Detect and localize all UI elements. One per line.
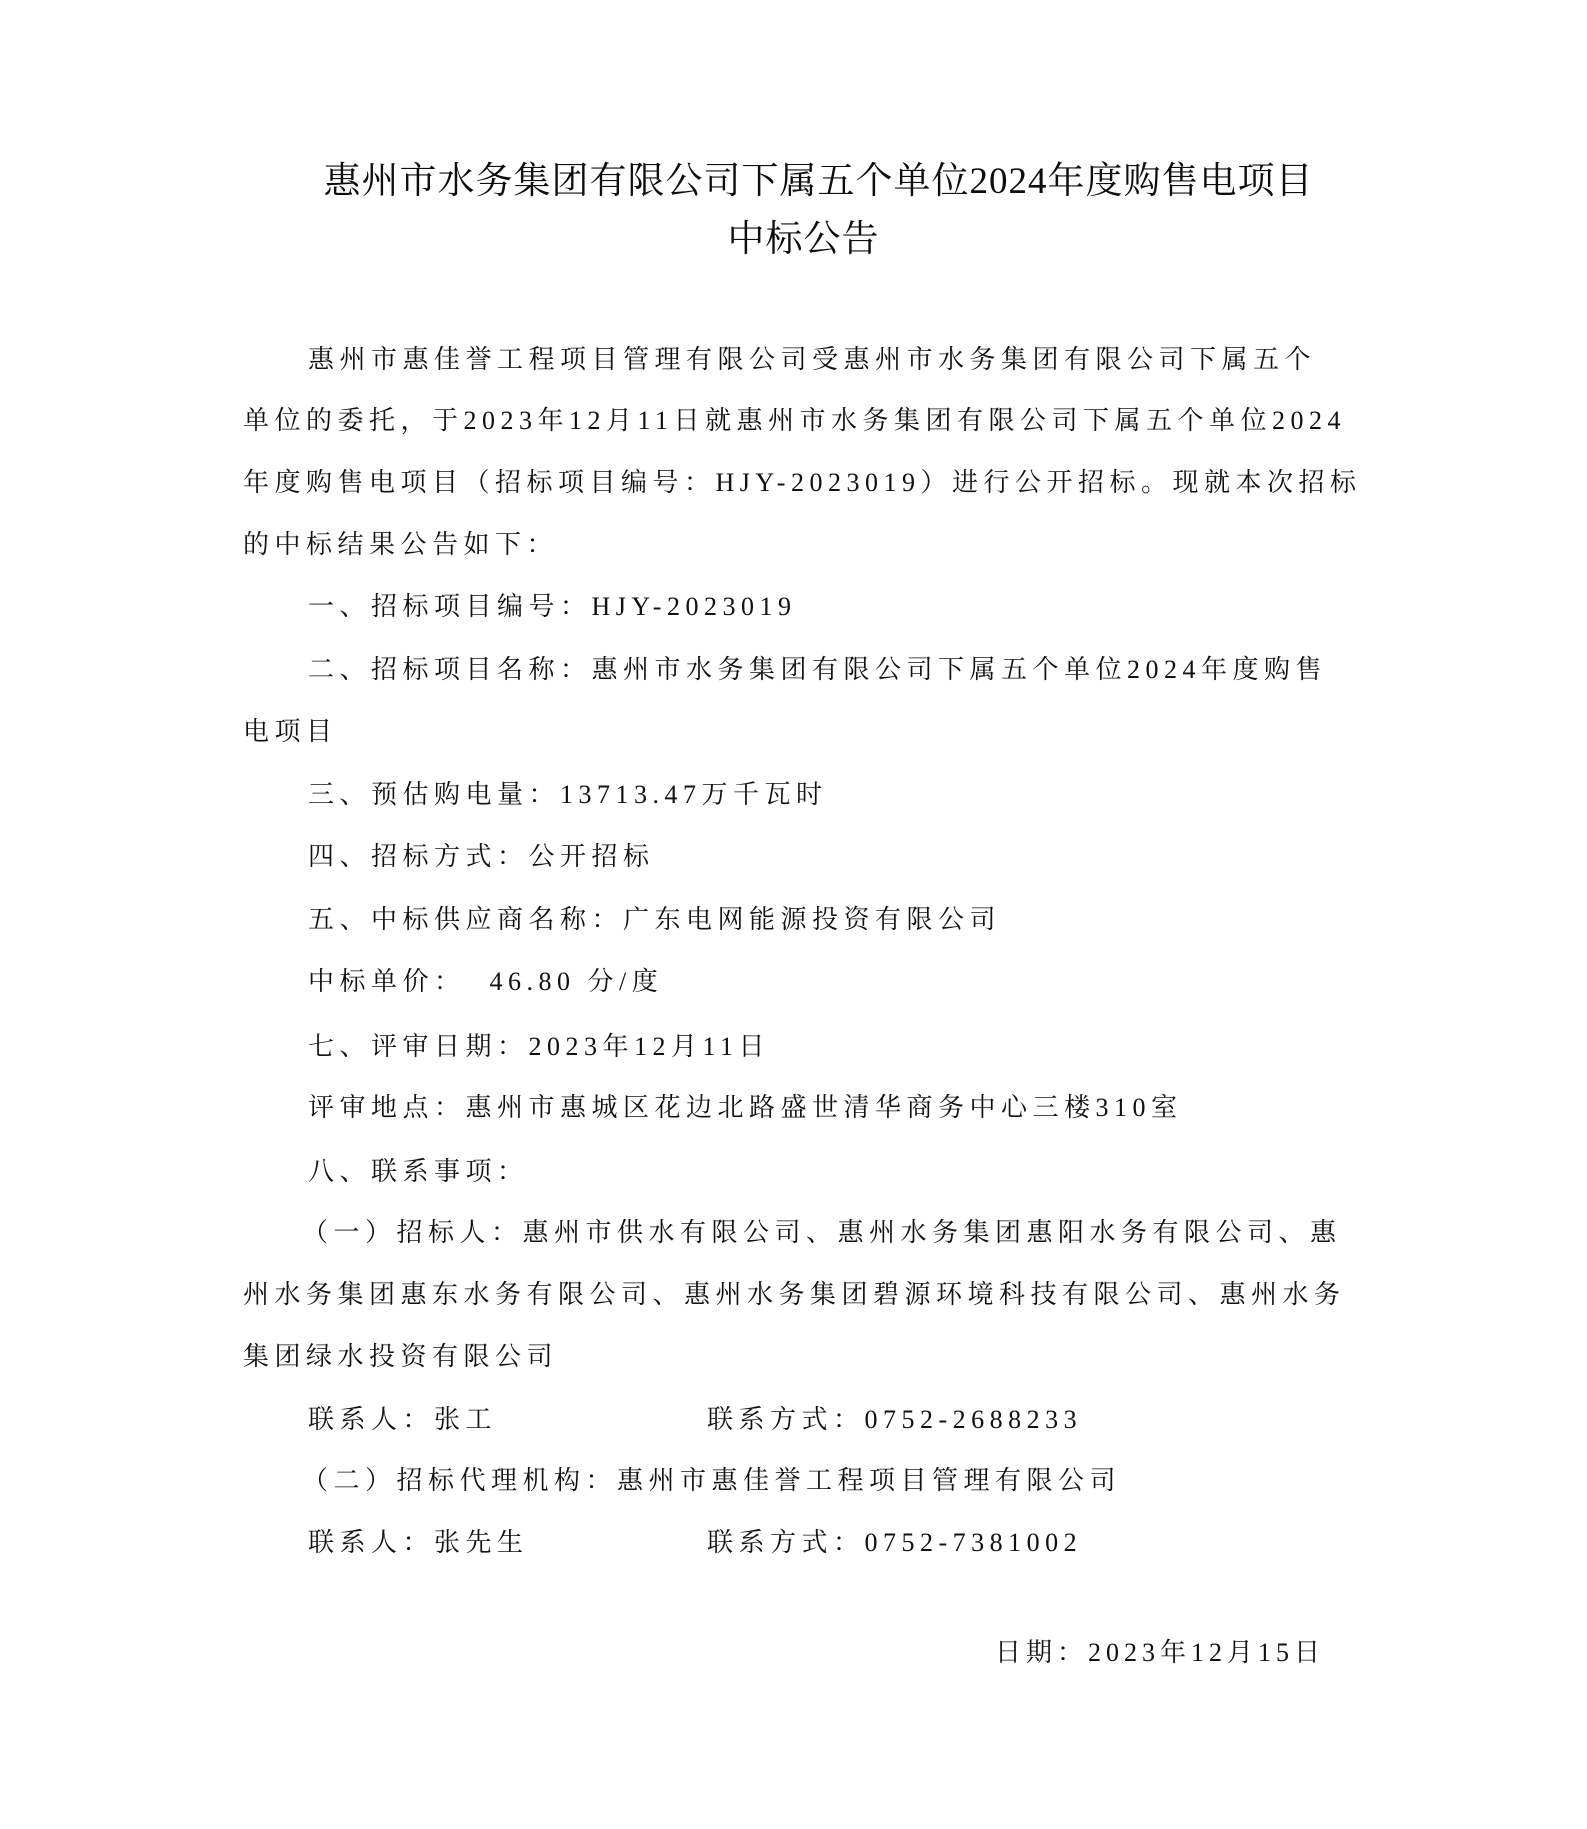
- document-title-line-1: 惠州市水务集团有限公司下属五个单位2024年度购售电项目: [25, 160, 1587, 204]
- announcement-date: 日期：2023年12月15日: [995, 1635, 1325, 1671]
- item-project-number: 一、招标项目编号：HJY-2023019: [308, 589, 796, 625]
- document-page: 惠州市水务集团有限公司下属五个单位2024年度购售电项目 中标公告 惠州市惠佳誉…: [0, 0, 1587, 1829]
- item-review-date: 七、评审日期：2023年12月11日: [308, 1029, 770, 1065]
- tenderer-line-1: （一）招标人：惠州市供水有限公司、惠州水务集团惠阳水务有限公司、惠: [302, 1215, 1342, 1251]
- item-bidding-method: 四、招标方式：公开招标: [308, 839, 655, 875]
- document-title-line-2: 中标公告: [10, 218, 1587, 262]
- intro-paragraph-line-1: 惠州市惠佳誉工程项目管理有限公司受惠州市水务集团有限公司下属五个: [308, 342, 1316, 378]
- agency-line: （二）招标代理机构：惠州市惠佳誉工程项目管理有限公司: [302, 1463, 1121, 1499]
- item-estimated-power: 三、预估购电量：13713.47万千瓦时: [308, 777, 828, 813]
- tenderer-line-3: 集团绿水投资有限公司: [243, 1339, 558, 1375]
- item-winning-supplier: 五、中标供应商名称：广东电网能源投资有限公司: [308, 902, 1001, 938]
- item-review-location: 评审地点：惠州市惠城区花边北路盛世清华商务中心三楼310室: [308, 1090, 1183, 1126]
- agency-contact-person: 联系人：张先生: [308, 1525, 529, 1561]
- item-project-name-line-1: 二、招标项目名称：惠州市水务集团有限公司下属五个单位2024年度购售: [308, 652, 1327, 688]
- agency-contact-phone: 联系方式：0752-7381002: [707, 1525, 1082, 1561]
- tenderer-line-2: 州水务集团惠东水务有限公司、惠州水务集团碧源环境科技有限公司、惠州水务: [243, 1277, 1346, 1313]
- tenderer-contact-phone: 联系方式：0752-2688233: [707, 1402, 1082, 1438]
- item-project-name-line-2: 电项目: [243, 714, 338, 750]
- tenderer-contact-person: 联系人：张工: [308, 1402, 497, 1438]
- item-unit-price: 中标单价： 46.80 分/度: [308, 964, 663, 1000]
- intro-paragraph-line-3: 年度购售电项目（招标项目编号：HJY-2023019）进行公开招标。现就本次招标: [243, 465, 1361, 501]
- intro-paragraph-line-2: 单位的委托，于2023年12月11日就惠州市水务集团有限公司下属五个单位2024: [243, 403, 1346, 439]
- intro-paragraph-line-4: 的中标结果公告如下：: [243, 527, 558, 563]
- item-contact-heading: 八、联系事项：: [308, 1154, 529, 1190]
